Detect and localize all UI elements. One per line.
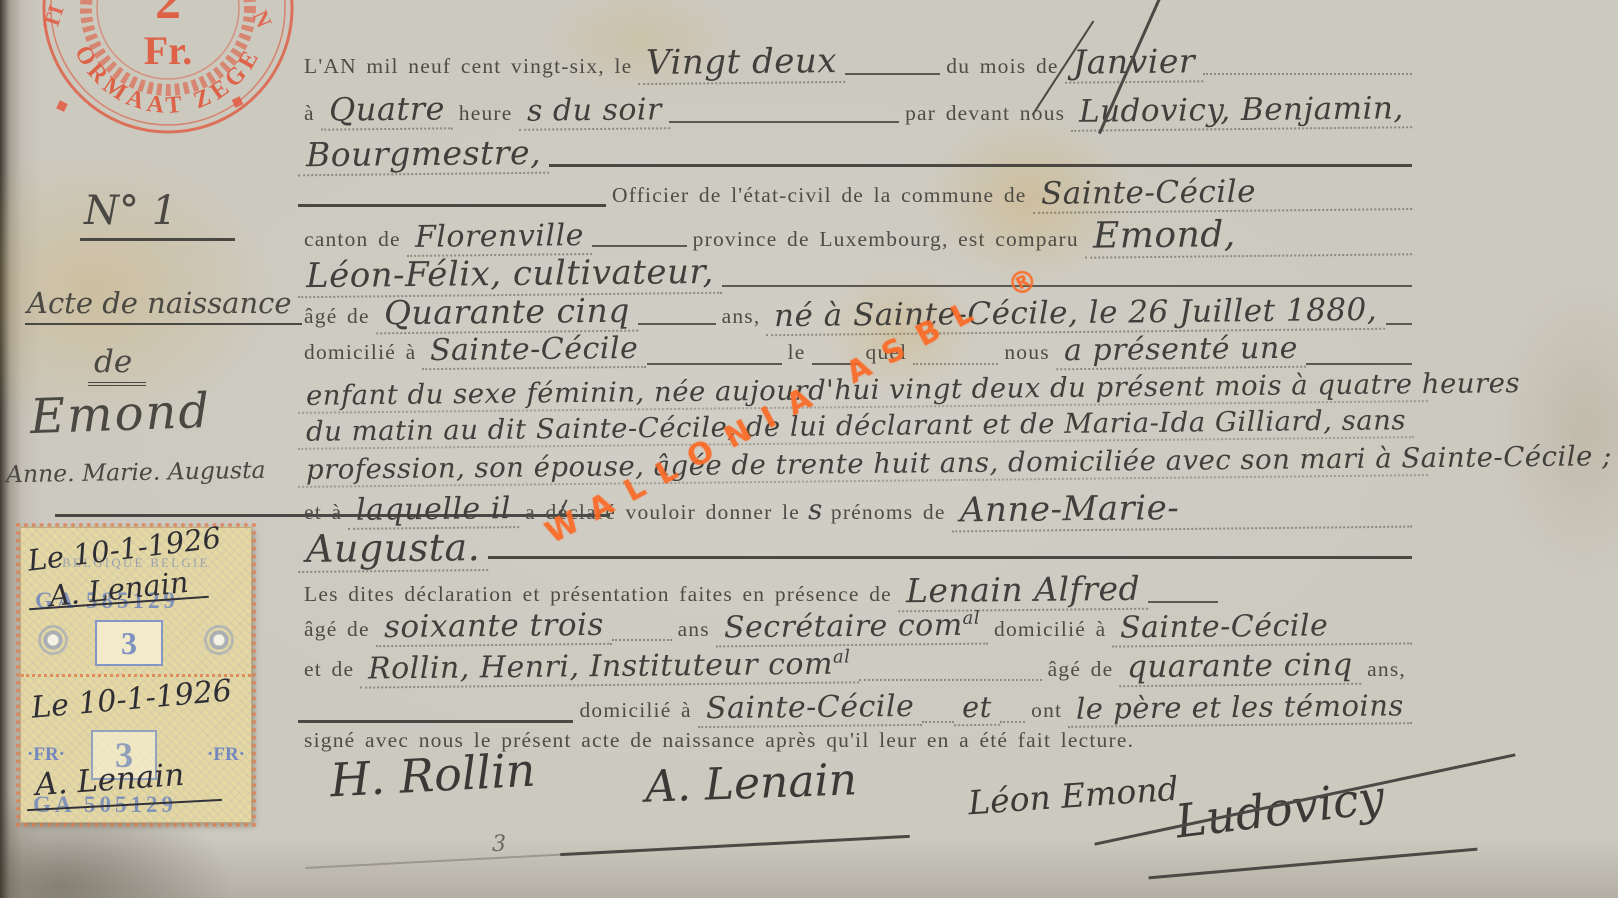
blank-rule: [722, 283, 1412, 287]
blank-rule: [298, 718, 573, 723]
handwritten-entry-et: et: [954, 690, 1000, 726]
printed-text: du mois de: [940, 54, 1064, 79]
blank-dots: [612, 637, 672, 641]
act-line-12: et à laquelle il a déclaré vouloir donne…: [298, 488, 1412, 528]
printed-text: prénoms de: [825, 500, 952, 525]
blank-dots: [1203, 71, 1412, 75]
printed-text: à: [298, 101, 321, 126]
fiscal-fr-right: ·FR·: [207, 744, 245, 766]
occupation-superscript: al: [962, 608, 980, 629]
handwritten-entry-witness1-occupation: Secrétaire comal: [716, 608, 989, 648]
printed-text: âgé de: [298, 617, 376, 642]
handwritten-entry-domicile: Sainte-Cécile: [422, 331, 647, 370]
act-line-3: Bourgmestre,: [298, 134, 1412, 174]
handwritten-entry-day: Vingt deux: [638, 41, 845, 85]
signature-lenain-underline: [560, 835, 910, 856]
printed-text: ans,: [716, 304, 767, 329]
act-line-1: L'AN mil neuf cent vingt-six, le Vingt d…: [298, 42, 1412, 82]
printed-text: province de Luxembourg, est comparu: [687, 227, 1085, 252]
signature-rollin-note: 3: [492, 832, 506, 857]
act-line-16: et de Rollin, Henri, Instituteur comal â…: [298, 648, 1412, 688]
act-line-6: Léon-Félix, cultivateur,: [298, 254, 1412, 294]
handwritten-entry-plural-s: s: [806, 493, 825, 526]
signature-emond: Léon Emond: [967, 769, 1180, 823]
printed-text: ans: [672, 617, 716, 642]
printed-text: domicilié à: [988, 617, 1112, 642]
act-line-15: âgé de soixante trois ans Secrétaire com…: [298, 608, 1412, 648]
fiscal-stamp-top: BELGIQUE BELGIE GA 585129 3 Le 10-1-1926…: [25, 532, 247, 672]
handwritten-entry-declarant-surname: Emond,: [1085, 212, 1413, 258]
printed-text: ans,: [1361, 657, 1412, 682]
printed-text: canton de: [298, 227, 407, 252]
blank-dots: [922, 719, 954, 723]
printed-text: le: [782, 340, 812, 365]
signature-ludovicy-underline: [1148, 848, 1477, 880]
printed-text: Les dites déclaration et présentation fa…: [298, 582, 898, 607]
handwritten-entry-signers: le père et les témoins: [1068, 688, 1412, 728]
handwritten-entry-firstname-augusta: Augusta.: [298, 525, 489, 573]
handwritten-entry-presented: a présenté une: [1056, 331, 1306, 371]
fiscal-value-box-top: 3: [95, 620, 163, 666]
handwritten-entry-canton: Florenville: [407, 218, 592, 257]
act-line-11: profession, son épouse, âgée de trente h…: [298, 448, 1412, 488]
handwritten-entry-witness1-name: Lenain Alfred: [898, 569, 1149, 613]
margin-act-title: Acte de naissance: [25, 286, 302, 325]
fiscal-fr-left: ·FR·: [27, 744, 65, 766]
printed-text: nous: [998, 340, 1055, 365]
blank-rule: [647, 361, 782, 365]
printed-text: par devant nous: [899, 101, 1071, 126]
blank-dots: [913, 361, 998, 365]
handwritten-entry-witness1-age: soixante trois: [376, 607, 612, 647]
fiscal-value-top: 3: [121, 625, 137, 662]
fiscal-stamp-bottom: Le 10-1-1926 ·FR· ·FR· 3 A. Lenain GA 50…: [25, 678, 247, 818]
witness2-superscript: al: [833, 646, 851, 667]
blank-rule: [845, 71, 940, 75]
printed-text: ont: [1025, 698, 1068, 723]
blank-rule: [1148, 599, 1218, 603]
margin-act-surname: Emond: [29, 383, 212, 445]
printed-text: domicilié à: [298, 340, 422, 365]
act-line-17: domicilié à Sainte-Cécile et ont le père…: [298, 690, 1412, 730]
handwritten-entry-witness1-domicile: Sainte-Cécile: [1112, 607, 1412, 647]
blank-dots: [859, 677, 1042, 681]
handwritten-entry-commune: Sainte-Cécile: [1032, 172, 1412, 214]
printed-text: âgé de: [298, 304, 376, 329]
handwritten-entry-period: s du soir: [518, 92, 669, 131]
printed-text: âgé de: [1042, 657, 1120, 682]
act-line-13: Augusta.: [298, 526, 1412, 566]
blank-rule: [549, 162, 1412, 167]
birth-certificate-scan: 2 Fr. FORMAAT ZEGEL TI N ◆ ◆ N° 1 Acte d…: [0, 0, 1618, 898]
handwritten-entry-witness2-age: quarante cinq: [1119, 647, 1361, 688]
rosette-ornament: [197, 618, 241, 662]
handwritten-entry-witness2-domicile: Sainte-Cécile: [698, 689, 923, 728]
signature-rollin: H. Rollin: [329, 743, 537, 808]
handwritten-entry-month: Janvier: [1064, 41, 1203, 83]
printed-text: et à: [298, 500, 348, 525]
handwritten-entry-officer-name: Ludovicy, Benjamin,: [1071, 90, 1412, 132]
signature-lenain: A. Lenain: [644, 754, 858, 812]
handwritten-entry-birthplace: né à Sainte-Cécile, le 26 Juillet 1880,: [766, 292, 1386, 336]
blank-rule: [488, 554, 1412, 559]
blank-rule: [1306, 361, 1412, 365]
blank-rule: [1386, 321, 1412, 325]
handwritten-entry-hour: Quatre: [321, 89, 453, 130]
printed-text: domicilié à: [573, 698, 697, 723]
signature-ludovicy: Ludovicy: [1172, 769, 1387, 848]
fiscal-stamp-block: BELGIQUE BELGIE GA 585129 3 Le 10-1-1926…: [20, 527, 252, 823]
stamp-denomination: 2: [155, 0, 181, 30]
fiscal-date-annotation-bottom: Le 10-1-1926: [30, 673, 233, 725]
act-line-14: Les dites déclaration et présentation fa…: [298, 570, 1412, 610]
rosette-ornament: [31, 618, 75, 662]
printed-text: Officier de l'état-civil de la commune d…: [606, 183, 1033, 208]
blank-rule: [669, 119, 899, 123]
handwritten-entry-laquelle: laquelle il: [348, 491, 519, 530]
act-line-2: à Quatre heure s du soir par devant nous…: [298, 90, 1412, 130]
margin-act-given-names: Anne. Marie. Augusta: [6, 456, 266, 489]
margin-act-number: N° 1: [80, 188, 235, 241]
stamp-currency: Fr.: [144, 28, 193, 73]
act-line-5: canton de Florenville province de Luxemb…: [298, 214, 1412, 254]
blank-rule: [298, 202, 606, 207]
handwritten-entry-witness2-name-occupation: Rollin, Henri, Instituteur comal: [360, 646, 859, 688]
occupation-text: Secrétaire com: [724, 608, 963, 645]
printed-text: et de: [298, 657, 360, 682]
act-line-7: âgé de Quarante cinq ans, né à Sainte-Cé…: [298, 292, 1412, 332]
witness2-text: Rollin, Henri, Instituteur com: [368, 647, 833, 687]
printed-text: L'AN mil neuf cent vingt-six, le: [298, 54, 638, 79]
margin-act-de: de: [88, 344, 146, 386]
handwritten-entry-officer-title: Bourgmestre,: [298, 133, 550, 177]
handwritten-entry-age: Quarante cinq: [376, 291, 638, 335]
blank-dots: [1000, 719, 1025, 723]
blank-rule: [592, 243, 687, 247]
handwritten-birth-statement-3: profession, son épouse, âgée de trente h…: [298, 442, 1428, 488]
blank-rule: [638, 321, 716, 325]
printed-text: heure: [453, 101, 519, 126]
act-line-4: Officier de l'état-civil de la commune d…: [298, 174, 1412, 214]
